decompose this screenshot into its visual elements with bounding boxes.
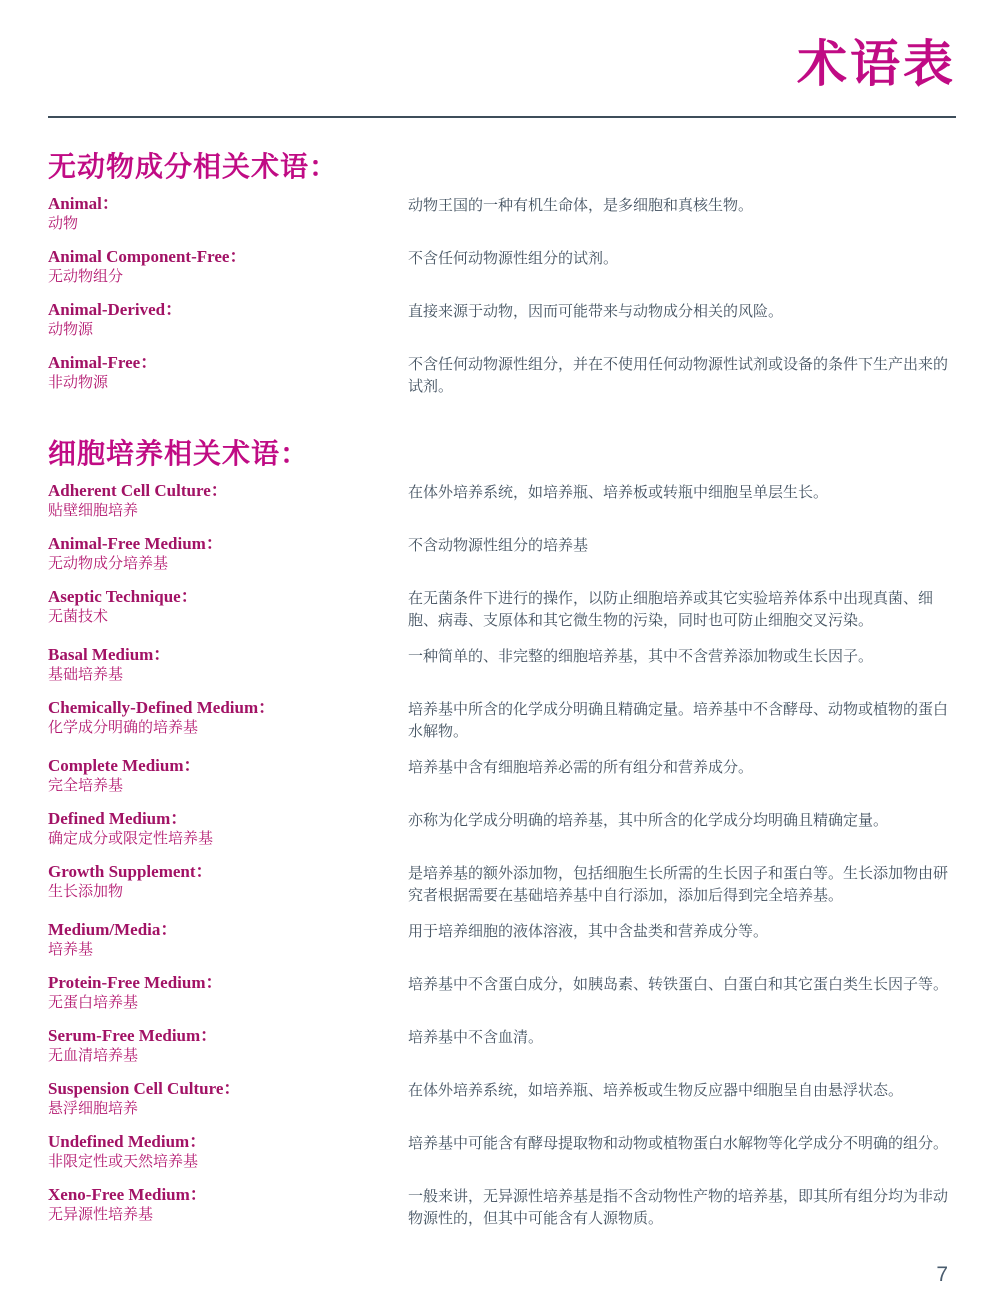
section-heading: 无动物成分相关术语： [48, 151, 956, 183]
term-english: Basal Medium： [48, 645, 408, 665]
term-cell: Aseptic Technique： 无菌技术 [48, 587, 408, 632]
glossary-section: 无动物成分相关术语： Animal： 动物 动物王国的一种有机生命体，是多细胞和… [48, 151, 956, 398]
term-cell: Growth Supplement： 生长添加物 [48, 862, 408, 907]
term-definition: 不含任何动物源性组分，并在不使用任何动物源性试剂或设备的条件下生产出来的试剂。 [408, 353, 956, 398]
term-cell: Suspension Cell Culture： 悬浮细胞培养 [48, 1079, 408, 1119]
term-definition: 一般来讲，无异源性培养基是指不含动物性产物的培养基，即其所有组分均为非动物源性的… [408, 1185, 956, 1230]
term-cell: Medium/Media： 培养基 [48, 920, 408, 960]
glossary-row: Animal： 动物 动物王国的一种有机生命体，是多细胞和真核生物。 [48, 194, 956, 234]
glossary-section: 细胞培养相关术语： Adherent Cell Culture： 贴壁细胞培养 … [48, 438, 956, 1230]
term-english: Animal-Derived： [48, 300, 408, 320]
term-english: Growth Supplement： [48, 862, 408, 882]
glossary-row: Animal-Free Medium： 无动物成分培养基 不含动物源性组分的培养… [48, 534, 956, 574]
glossary-row: Animal Component-Free： 无动物组分 不含任何动物源性组分的… [48, 247, 956, 287]
term-cell: Animal-Free Medium： 无动物成分培养基 [48, 534, 408, 574]
term-english: Xeno-Free Medium： [48, 1185, 408, 1205]
glossary-row: Protein-Free Medium： 无蛋白培养基 培养基中不含蛋白成分，如… [48, 973, 956, 1013]
term-definition: 培养基中不含蛋白成分，如胰岛素、转铁蛋白、白蛋白和其它蛋白类生长因子等。 [408, 973, 956, 1013]
term-cell: Defined Medium： 确定成分或限定性培养基 [48, 809, 408, 849]
glossary-row: Basal Medium： 基础培养基 一种简单的、非完整的细胞培养基，其中不含… [48, 645, 956, 685]
term-cell: Undefined Medium： 非限定性或天然培养基 [48, 1132, 408, 1172]
term-cell: Serum-Free Medium： 无血清培养基 [48, 1026, 408, 1066]
glossary-row: Growth Supplement： 生长添加物 是培养基的额外添加物，包括细胞… [48, 862, 956, 907]
term-english: Animal： [48, 194, 408, 214]
term-chinese: 无蛋白培养基 [48, 993, 408, 1013]
term-definition: 一种简单的、非完整的细胞培养基，其中不含营养添加物或生长因子。 [408, 645, 956, 685]
glossary-row: Undefined Medium： 非限定性或天然培养基 培养基中可能含有酵母提… [48, 1132, 956, 1172]
term-cell: Chemically-Defined Medium： 化学成分明确的培养基 [48, 698, 408, 743]
term-english: Suspension Cell Culture： [48, 1079, 408, 1099]
term-definition: 培养基中不含血清。 [408, 1026, 956, 1066]
term-chinese: 无动物成分培养基 [48, 554, 408, 574]
term-chinese: 无血清培养基 [48, 1046, 408, 1066]
term-definition: 是培养基的额外添加物，包括细胞生长所需的生长因子和蛋白等。生长添加物由研究者根据… [408, 862, 956, 907]
term-english: Complete Medium： [48, 756, 408, 776]
term-chinese: 确定成分或限定性培养基 [48, 829, 408, 849]
title-rule [48, 116, 956, 118]
term-english: Protein-Free Medium： [48, 973, 408, 993]
glossary-row: Chemically-Defined Medium： 化学成分明确的培养基 培养… [48, 698, 956, 743]
term-cell: Animal-Derived： 动物源 [48, 300, 408, 340]
term-english: Undefined Medium： [48, 1132, 408, 1152]
section-rows: Animal： 动物 动物王国的一种有机生命体，是多细胞和真核生物。 Anima… [48, 194, 956, 398]
glossary-row: Serum-Free Medium： 无血清培养基 培养基中不含血清。 [48, 1026, 956, 1066]
term-chinese: 动物源 [48, 320, 408, 340]
term-cell: Animal： 动物 [48, 194, 408, 234]
term-definition: 直接来源于动物，因而可能带来与动物成分相关的风险。 [408, 300, 956, 340]
term-definition: 不含任何动物源性组分的试剂。 [408, 247, 956, 287]
term-english: Chemically-Defined Medium： [48, 698, 408, 718]
term-cell: Basal Medium： 基础培养基 [48, 645, 408, 685]
term-english: Animal-Free： [48, 353, 408, 373]
term-chinese: 动物 [48, 214, 408, 234]
glossary-row: Adherent Cell Culture： 贴壁细胞培养 在体外培养系统，如培… [48, 481, 956, 521]
term-definition: 不含动物源性组分的培养基 [408, 534, 956, 574]
term-chinese: 基础培养基 [48, 665, 408, 685]
term-chinese: 培养基 [48, 940, 408, 960]
glossary-page: 术语表 无动物成分相关术语： Animal： 动物 动物王国的一种有机生命体，是… [0, 0, 1000, 1313]
term-chinese: 贴壁细胞培养 [48, 501, 408, 521]
term-definition: 在体外培养系统，如培养瓶、培养板或转瓶中细胞呈单层生长。 [408, 481, 956, 521]
glossary-row: Suspension Cell Culture： 悬浮细胞培养 在体外培养系统，… [48, 1079, 956, 1119]
term-chinese: 化学成分明确的培养基 [48, 718, 408, 738]
term-english: Adherent Cell Culture： [48, 481, 408, 501]
term-definition: 在体外培养系统，如培养瓶、培养板或生物反应器中细胞呈自由悬浮状态。 [408, 1079, 956, 1119]
page-number: 7 [936, 1263, 948, 1287]
term-cell: Xeno-Free Medium： 无异源性培养基 [48, 1185, 408, 1230]
term-definition: 在无菌条件下进行的操作，以防止细胞培养或其它实验培养体系中出现真菌、细胞、病毒、… [408, 587, 956, 632]
term-cell: Animal Component-Free： 无动物组分 [48, 247, 408, 287]
term-definition: 培养基中所含的化学成分明确且精确定量。培养基中不含酵母、动物或植物的蛋白水解物。 [408, 698, 956, 743]
glossary-row: Aseptic Technique： 无菌技术 在无菌条件下进行的操作，以防止细… [48, 587, 956, 632]
term-chinese: 非限定性或天然培养基 [48, 1152, 408, 1172]
term-chinese: 无菌技术 [48, 607, 408, 627]
glossary-row: Xeno-Free Medium： 无异源性培养基 一般来讲，无异源性培养基是指… [48, 1185, 956, 1230]
term-english: Medium/Media： [48, 920, 408, 940]
term-english: Animal Component-Free： [48, 247, 408, 267]
glossary-row: Medium/Media： 培养基 用于培养细胞的液体溶液，其中含盐类和营养成分… [48, 920, 956, 960]
term-definition: 动物王国的一种有机生命体，是多细胞和真核生物。 [408, 194, 956, 234]
term-chinese: 无动物组分 [48, 267, 408, 287]
term-english: Aseptic Technique： [48, 587, 408, 607]
glossary-row: Animal-Derived： 动物源 直接来源于动物，因而可能带来与动物成分相… [48, 300, 956, 340]
page-title: 术语表 [48, 36, 956, 92]
term-english: Animal-Free Medium： [48, 534, 408, 554]
term-definition: 培养基中可能含有酵母提取物和动物或植物蛋白水解物等化学成分不明确的组分。 [408, 1132, 956, 1172]
term-chinese: 完全培养基 [48, 776, 408, 796]
term-cell: Animal-Free： 非动物源 [48, 353, 408, 398]
term-definition: 培养基中含有细胞培养必需的所有组分和营养成分。 [408, 756, 956, 796]
term-cell: Adherent Cell Culture： 贴壁细胞培养 [48, 481, 408, 521]
term-chinese: 生长添加物 [48, 882, 408, 902]
glossary-row: Animal-Free： 非动物源 不含任何动物源性组分，并在不使用任何动物源性… [48, 353, 956, 398]
section-heading: 细胞培养相关术语： [48, 438, 956, 470]
term-chinese: 悬浮细胞培养 [48, 1099, 408, 1119]
term-cell: Protein-Free Medium： 无蛋白培养基 [48, 973, 408, 1013]
term-cell: Complete Medium： 完全培养基 [48, 756, 408, 796]
term-chinese: 非动物源 [48, 373, 408, 393]
section-rows: Adherent Cell Culture： 贴壁细胞培养 在体外培养系统，如培… [48, 481, 956, 1230]
term-english: Defined Medium： [48, 809, 408, 829]
glossary-row: Defined Medium： 确定成分或限定性培养基 亦称为化学成分明确的培养… [48, 809, 956, 849]
glossary-sections: 无动物成分相关术语： Animal： 动物 动物王国的一种有机生命体，是多细胞和… [48, 151, 956, 1230]
term-english: Serum-Free Medium： [48, 1026, 408, 1046]
term-definition: 亦称为化学成分明确的培养基，其中所含的化学成分均明确且精确定量。 [408, 809, 956, 849]
term-chinese: 无异源性培养基 [48, 1205, 408, 1225]
term-definition: 用于培养细胞的液体溶液，其中含盐类和营养成分等。 [408, 920, 956, 960]
glossary-row: Complete Medium： 完全培养基 培养基中含有细胞培养必需的所有组分… [48, 756, 956, 796]
